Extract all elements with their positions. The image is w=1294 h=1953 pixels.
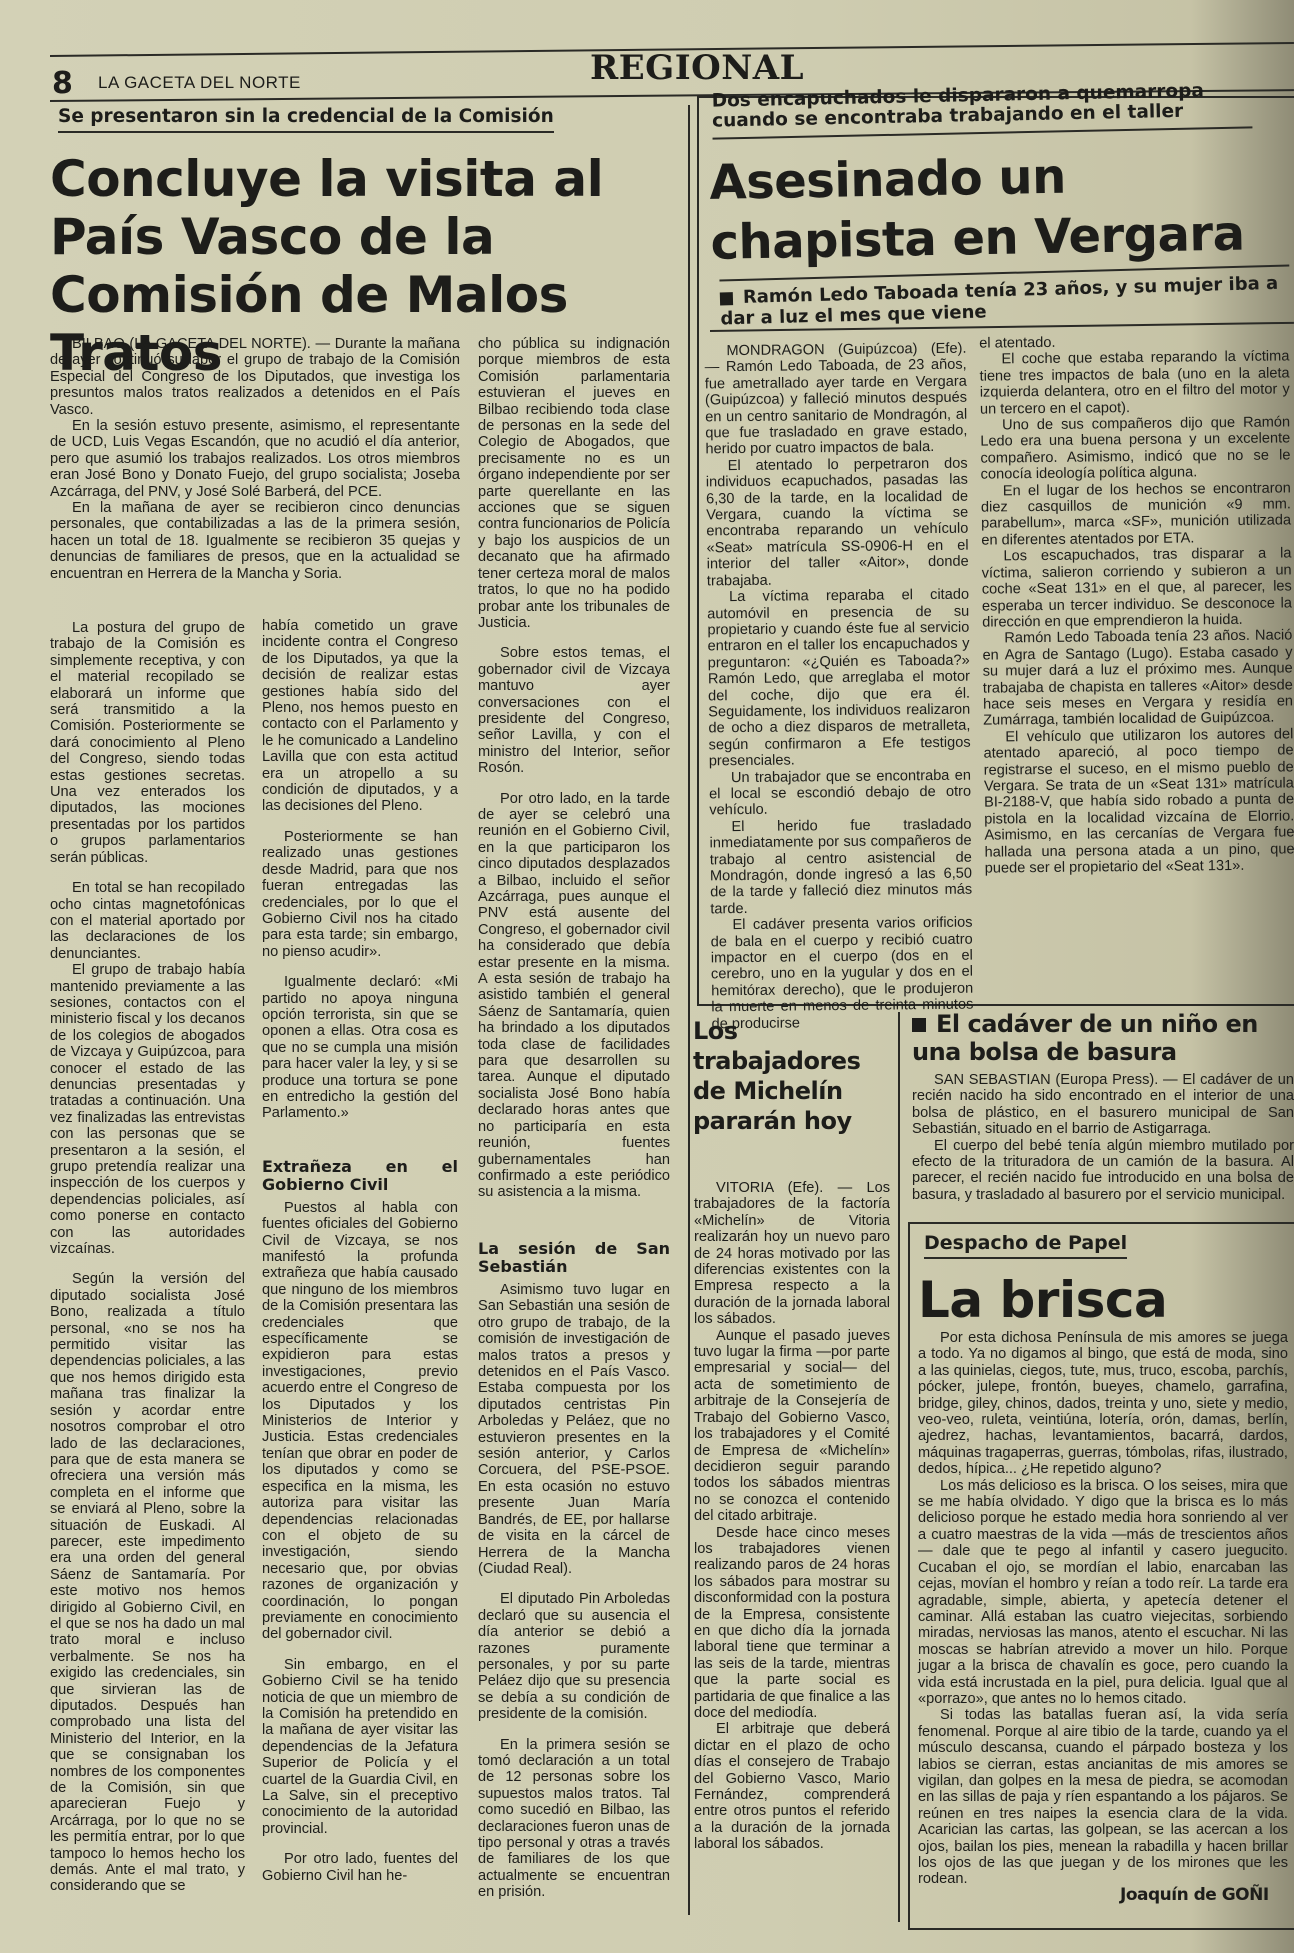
- paper-name: LA GACETA DEL NORTE: [98, 73, 301, 93]
- kicker: Se presentaron sin la credencial de la C…: [58, 106, 554, 133]
- column-divider-2: [898, 1012, 900, 1922]
- headline: Asesinado un chapista en Vergara: [709, 143, 1271, 273]
- byline: Joaquín de GOÑI: [1120, 1885, 1269, 1905]
- vergara-column-2: el atentado. El coche que estaba reparan…: [979, 332, 1294, 877]
- column-2: había cometido un grave incidente contra…: [262, 618, 458, 1884]
- column-3-lower: La sesión de San Sebastián Asimismo tuvo…: [478, 1240, 670, 1901]
- headline: La brisca: [918, 1272, 1167, 1328]
- page-number: 8: [52, 66, 72, 101]
- subhead-sesion: La sesión de San Sebastián: [478, 1240, 670, 1276]
- nino-body: SAN SEBASTIAN (Europa Press). — El cadáv…: [912, 1072, 1294, 1203]
- section-title: REGIONAL: [590, 48, 804, 88]
- brisca-body: Por esta dichosa Península de mis amores…: [918, 1330, 1288, 1888]
- column-1: La postura del grupo de trabajo de la Co…: [50, 620, 245, 1895]
- column-divider: [688, 105, 690, 1915]
- vergara-column-1: MONDRAGON (Guipúzcoa) (Efe). — Ramón Led…: [704, 341, 973, 1033]
- column-name: Despacho de Papel: [924, 1232, 1127, 1259]
- lead-text: BILBAO (LA GACETA DEL NORTE). — Durante …: [50, 336, 460, 582]
- bullet-square-icon: [912, 1018, 926, 1032]
- bullet-square-icon: [720, 292, 733, 305]
- column-right-top: cho pública su indignación porque miembr…: [478, 336, 670, 1201]
- subhead-extraneza: Extrañeza en el Gobierno Civil: [262, 1158, 458, 1194]
- michelin-body: VITORIA (Efe). — Los trabajadores de la …: [694, 1180, 890, 1853]
- headline: El cadáver de un niño en una bolsa de ba…: [912, 1010, 1292, 1066]
- headline: Los trabajadores de Michelín pararán hoy: [693, 1016, 893, 1136]
